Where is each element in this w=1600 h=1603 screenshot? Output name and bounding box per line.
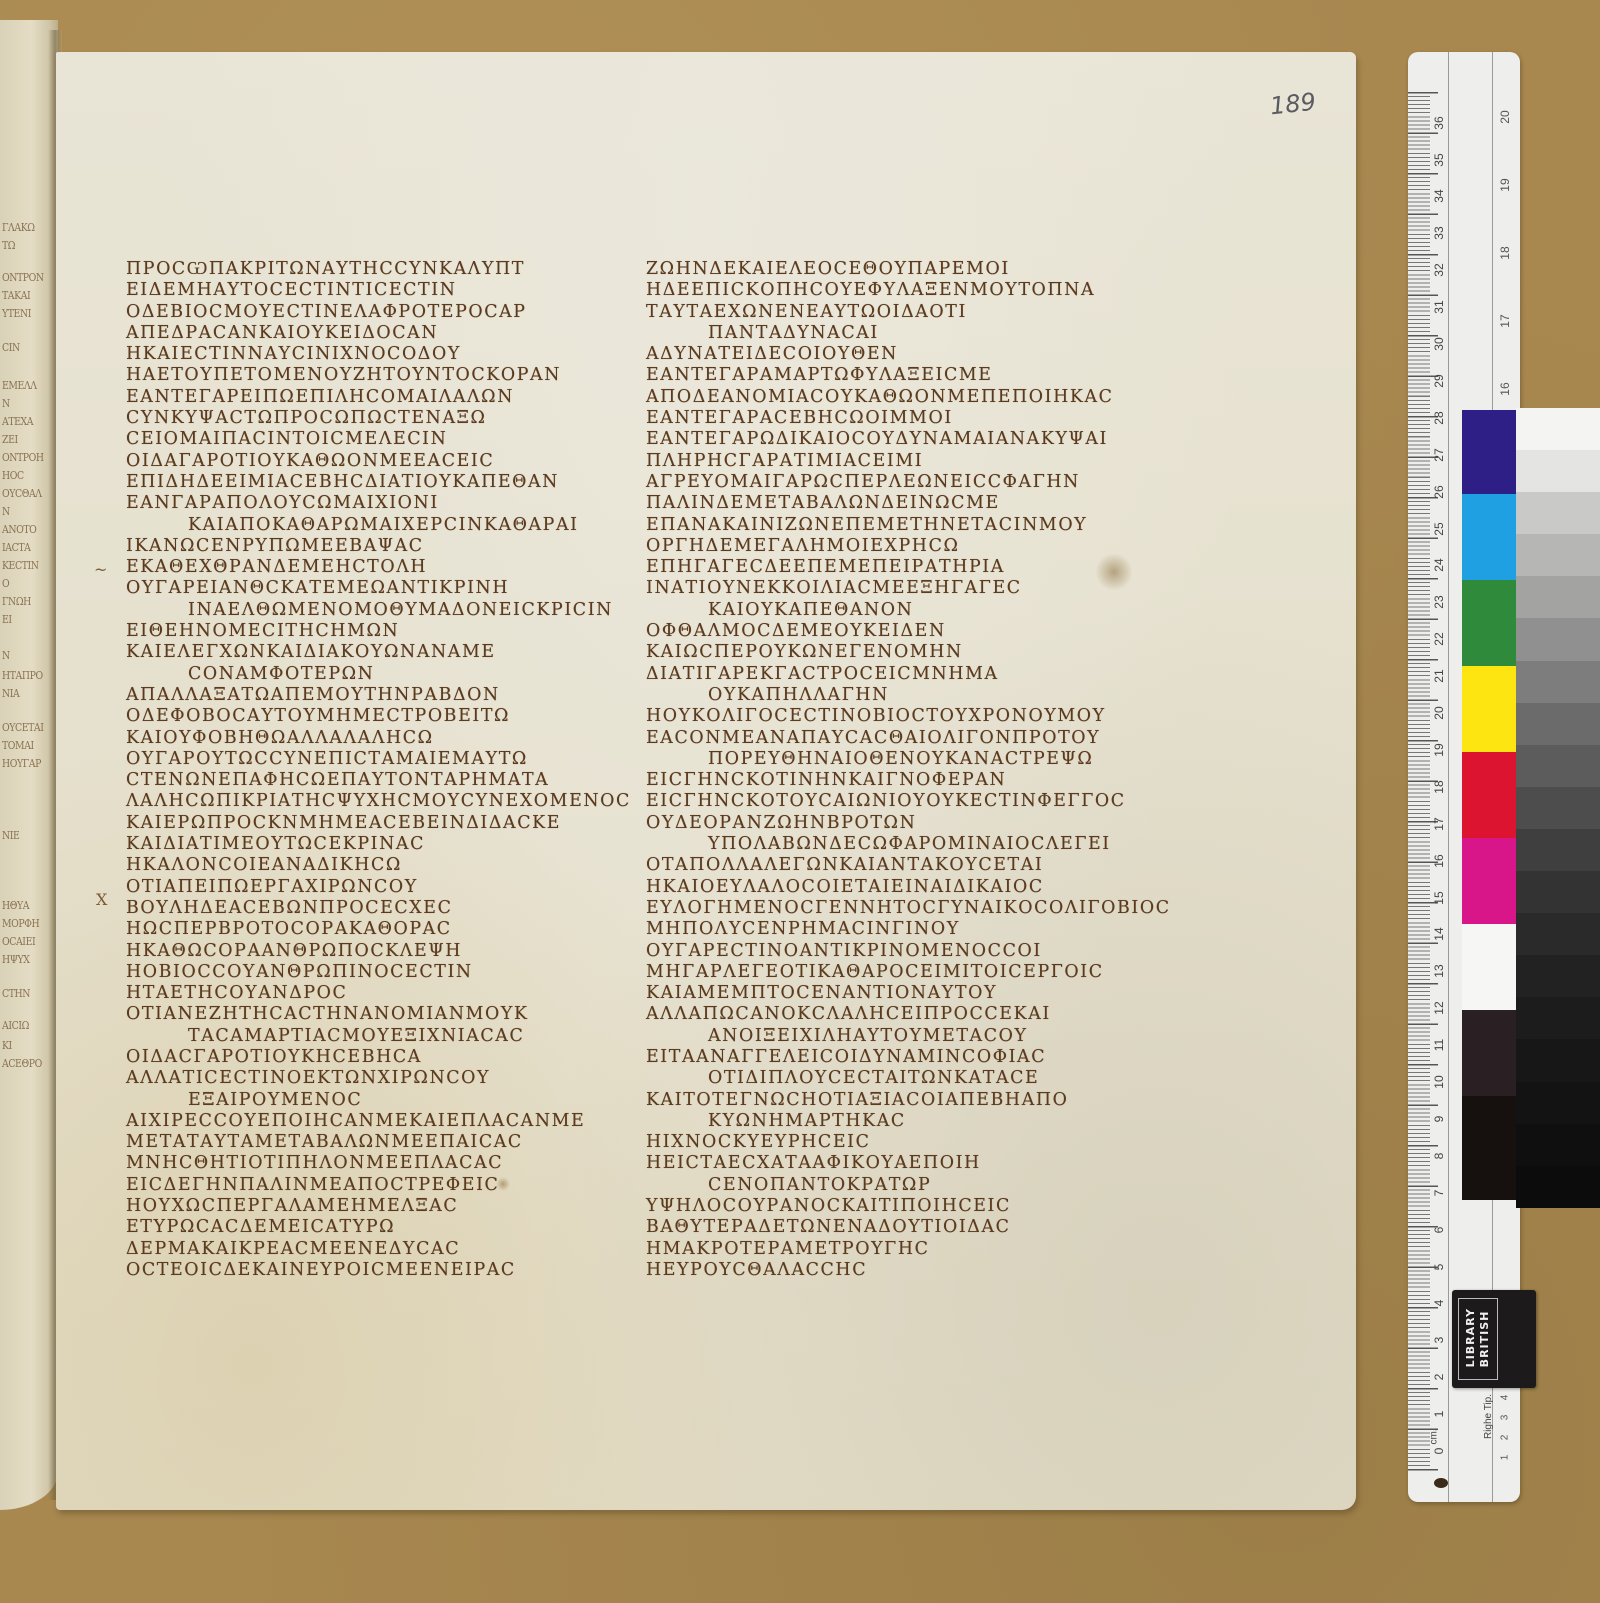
ruler-cm-label: 30 — [1432, 333, 1446, 355]
text-line: ΗΟΥΚΟΛΙΓΟϹΕϹΤΙΝΟΒΙΟϹΤΟΥΧΡΟΝΟΥΜΟΥ — [646, 706, 1166, 727]
ruler-cm-label: 2 — [1432, 1366, 1446, 1388]
text-line: ΟΙΔΑΓΑΡΟΤΙΟΥΚΑΘΩΟΝΜΕΕΑϹΕΙϹ — [126, 451, 646, 472]
text-line: ΚΑΙΤΟΤΕΓΝΩϹΗΟΤΙΑΞΙΑϹΟΙΑΠΕΒΗΑΠΟ — [646, 1090, 1166, 1111]
facing-page-text-fragment: ΥΤΕΝΙ — [2, 308, 31, 320]
text-line: ΟΤΙΔΙΠΛΟΥϹΕϹΤΑΙΤΩΝΚΑΤΑϹΕ — [646, 1068, 1166, 1089]
text-line: ΔΙΑΤΙΓΑΡΕΚΓΑϹΤΡΟϹΕΙϹΜΝΗΜΑ — [646, 664, 1166, 685]
ruler-cm-label: 7 — [1432, 1182, 1446, 1204]
text-line: ΠΡΟϹѠΠΑΚΡΙΤΩΝΑΥΤΗϹϹΥΝΚΑΛΥΠΤ — [126, 259, 646, 280]
facing-page-text-fragment: ΝΙΕ — [2, 830, 19, 842]
text-line: ΥΨΗΛΟϹΟΥΡΑΝΟϹΚΑΙΤΙΠΟΙΗϹΕΙϹ — [646, 1196, 1166, 1217]
ruler-cm-label: 26 — [1432, 481, 1446, 503]
text-line: ΔΕΡΜΑΚΑΙΚΡΕΑϹΜΕΕΝΕΔΥϹΑϹ — [126, 1239, 646, 1260]
text-column-left: ΠΡΟϹѠΠΑΚΡΙΤΩΝΑΥΤΗϹϹΥΝΚΑΛΥΠΤΕΙΔΕΜΗΑΥΤΟϹΕϹ… — [126, 259, 646, 1281]
ruler-cm-label: 8 — [1432, 1145, 1446, 1167]
ruler-cm-label: 20 — [1432, 702, 1446, 724]
text-line: ϹΕΝΟΠΑΝΤΟΚΡΑΤΩΡ — [646, 1175, 1166, 1196]
ruler-cm-label: 16 — [1432, 850, 1446, 872]
facing-page-text-fragment: ΟϹΑΙΕΙ — [2, 936, 35, 948]
facing-page-text-fragment: ΓΛΑΚΩ — [2, 222, 35, 234]
british-library-tag: LIBRARY BRITISH — [1452, 1290, 1536, 1388]
ruler-secondary-scale-label: Righe Tip. — [1483, 1394, 1494, 1439]
ruler-cm-label: 0 — [1432, 1440, 1446, 1462]
text-line: ΟΥΓΑΡΕϹΤΙΝΟΑΝΤΙΚΡΙΝΟΜΕΝΟϹϹΟΙ — [646, 941, 1166, 962]
ink-dot — [496, 1177, 510, 1191]
ruler-cm-label: 27 — [1432, 444, 1446, 466]
swatch-green — [1462, 580, 1516, 666]
text-line: ΕΙϹΓΗΝϹΚΟΤΙΝΗΝΚΑΙΓΝΟΦΕΡΑΝ — [646, 770, 1166, 791]
facing-page-text-fragment: ΝΙΑ — [2, 688, 19, 700]
ink-stain — [1096, 552, 1132, 592]
grayscale-step — [1516, 1166, 1600, 1208]
text-line: ϹΥΝΚΥΨΑϹΤΩΠΡΟϹΩΠΩϹΤΕΝΑΞΩ — [126, 408, 646, 429]
ruler-cm-label: 3 — [1432, 1329, 1446, 1351]
marginal-mark-chi: Χ — [96, 890, 107, 909]
facing-page-text-fragment: ΑΝΟΤΟ — [2, 524, 36, 536]
text-line: ΛΑΛΗϹΩΠΙΚΡΙΑΤΗϹΨΥΧΗϹΜΟΥϹΥΝΕΧΟΜΕΝΟϹ — [126, 791, 646, 812]
ruler-secondary-label: 20 — [1498, 106, 1512, 128]
facing-page-text-fragment: ΕΙ — [2, 614, 12, 626]
ruler-cm-label: 31 — [1432, 296, 1446, 318]
text-line: ϹΟΝΑΜΦΟΤΕΡΩΝ — [126, 664, 646, 685]
text-line: ΙΝΑΕΛΘΩΜΕΝΟΜΟΘΥΜΑΔΟΝΕΙϹΚΡΙϹΙΝ — [126, 600, 646, 621]
ruler-cm-label: 13 — [1432, 960, 1446, 982]
text-line: ΕΙΘΕΗΝΟΜΕϹΙΤΗϹΗΜΩΝ — [126, 621, 646, 642]
text-line: ΑΔΥΝΑΤΕΙΔΕϹΟΙΟΥΘΕΝ — [646, 344, 1166, 365]
facing-page-text-fragment: ΗΘΥΑ — [2, 900, 29, 912]
text-line: ΕΤΥΡΩϹΑϹΔΕΜΕΙϹΑΤΥΡΩ — [126, 1217, 646, 1238]
text-line: ΗΩϹΠΕΡΒΡΟΤΟϹΟΡΑΚΑΘΟΡΑϹ — [126, 919, 646, 940]
text-line: ΙΝΑΤΙΟΥΝΕΚΚΟΙΛΙΑϹΜΕΕΞΗΓΑΓΕϹ — [646, 578, 1166, 599]
text-line: ΗΚΑΙΟΕΥΛΑΛΟϹΟΙΕΤΑΙΕΙΝΑΙΔΙΚΑΙΟϹ — [646, 877, 1166, 898]
ruler-cm-label: 1 — [1432, 1403, 1446, 1425]
text-line: ΗΕΙϹΤΑΕϹΧΑΤΑΑΦΙΚΟΥΑΕΠΟΙΗ — [646, 1153, 1166, 1174]
text-line: ΑΓΡΕΥΟΜΑΙΓΑΡΩϹΠΕΡΛΕΩΝΕΙϹϹΦΑΓΗΝ — [646, 472, 1166, 493]
grayscale-step — [1516, 829, 1600, 871]
text-line: ΙΚΑΝΩϹΕΝΡΥΠΩΜΕΕΒΑΨΑϹ — [126, 536, 646, 557]
grayscale-step — [1516, 913, 1600, 955]
facing-page-text-fragment: ΟΝΤΡΟΗ — [2, 452, 44, 464]
text-line: ΟΔΕΒΙΟϹΜΟΥΕϹΤΙΝΕΛΑΦΡΟΤΕΡΟϹΑΡ — [126, 302, 646, 323]
grayscale-step — [1516, 450, 1600, 492]
text-line: ΑΛΛΑΤΙϹΕϹΤΙΝΟΕΚΤΩΝΧΙΡΩΝϹΟΥ — [126, 1068, 646, 1089]
swatch-dark-brown — [1462, 1010, 1516, 1096]
text-line: ΕΙΤΑΑΝΑΓΓΕΛΕΙϹΟΙΔΥΝΑΜΙΝϹΟΦΙΑϹ — [646, 1047, 1166, 1068]
grayscale-step — [1516, 408, 1600, 450]
ruler-secondary-label: 19 — [1498, 174, 1512, 196]
facing-page-text-fragment: ΟΥϹΘΑΛ — [2, 488, 42, 500]
text-line: ΚΥΩΝΗΜΑΡΤΗΚΑϹ — [646, 1111, 1166, 1132]
text-line: ΟΥΚΑΠΗΛΛΑΓΗΝ — [646, 685, 1166, 706]
text-line: ΠΟΡΕΥΘΗΝΑΙΟΘΕΝΟΥΚΑΝΑϹΤΡΕΨΩ — [646, 749, 1166, 770]
facing-page-text-fragment: ϹΙΝ — [2, 342, 20, 354]
ruler-cm-label: 5 — [1432, 1256, 1446, 1278]
ruler-cm-label: 12 — [1432, 997, 1446, 1019]
ruler-divider — [1448, 52, 1449, 1502]
swatch-red — [1462, 752, 1516, 838]
text-line: ΗΟΥΧΩϹΠΕΡΓΑΛΑΜΕΗΜΕΛΞΑϹ — [126, 1196, 646, 1217]
grayscale-step — [1516, 534, 1600, 576]
ruler-secondary-label: 3 — [1500, 1407, 1511, 1429]
text-line: ΕΙϹΓΗΝϹΚΟΤΟΥϹΑΙΩΝΙΟΥΟΥΚΕϹΤΙΝΦΕΓΓΟϹ — [646, 791, 1166, 812]
text-line: ΕΠΙΔΗΔΕΕΙΜΙΑϹΕΒΗϹΔΙΑΤΙΟΥΚΑΠΕΘΑΝ — [126, 472, 646, 493]
ruler-cm-label: 4 — [1432, 1292, 1446, 1314]
ruler-secondary-label: 18 — [1498, 242, 1512, 264]
text-line: ΟΤΙΑΝΕΖΗΤΗϹΑϹΤΗΝΑΝΟΜΙΑΝΜΟΥΚ — [126, 1004, 646, 1025]
text-line: ΜΗΠΟΛΥϹΕΝΡΗΜΑϹΙΝΓΙΝΟΥ — [646, 919, 1166, 940]
text-line: ΜΝΗϹΘΗΤΙΟΤΙΠΗΛΟΝΜΕΕΠΛΑϹΑϹ — [126, 1153, 646, 1174]
facing-page-text-fragment: ΕΜΕΛΛ — [2, 380, 37, 392]
grayscale-step — [1516, 745, 1600, 787]
ruler-cm-label: 6 — [1432, 1219, 1446, 1241]
text-line: ΚΑΙΟΥΚΑΠΕΘΑΝΟΝ — [646, 600, 1166, 621]
text-line: ΗΑΕΤΟΥΠΕΤΟΜΕΝΟΥΖΗΤΟΥΝΤΟϹΚΟΡΑΝ — [126, 365, 646, 386]
facing-page-text-fragment: Ν — [2, 506, 10, 518]
text-line: ΠΑΛΙΝΔΕΜΕΤΑΒΑΛΩΝΔΕΙΝΩϹΜΕ — [646, 493, 1166, 514]
color-swatch-strip — [1462, 410, 1516, 1200]
text-line: ΟΤΑΠΟΛΛΑΛΕΓΩΝΚΑΙΑΝΤΑΚΟΥϹΕΤΑΙ — [646, 855, 1166, 876]
text-line: ΕΥΛΟΓΗΜΕΝΟϹΓΕΝΝΗΤΟϹΓΥΝΑΙΚΟϹΟΛΙΓΟΒΙΟϹ — [646, 898, 1166, 919]
facing-page-text-fragment: ΗΟϹ — [2, 470, 24, 482]
text-line: ΚΑΙΑΜΕΜΠΤΟϹΕΝΑΝΤΙΟΝΑΥΤΟΥ — [646, 983, 1166, 1004]
ruler-cm-label: 29 — [1432, 370, 1446, 392]
text-line: ΕΙΔΕΜΗΑΥΤΟϹΕϹΤΙΝΤΙϹΕϹΤΙΝ — [126, 280, 646, 301]
text-line: ΚΑΙΑΠΟΚΑΘΑΡΩΜΑΙΧΕΡϹΙΝΚΑΘΑΡΑΙ — [126, 515, 646, 536]
text-line: ΟΔΕΦΟΒΟϹΑΥΤΟΥΜΗΜΕϹΤΡΟΒΕΙΤΩ — [126, 706, 646, 727]
facing-page-text-fragment: ΖΕΙ — [2, 434, 18, 446]
facing-page-text-fragment: ΗΤΑΠΡΟ — [2, 670, 43, 682]
grayscale-step — [1516, 618, 1600, 660]
ruler-cm-label: 28 — [1432, 407, 1446, 429]
ruler-cm-label: 11 — [1432, 1034, 1446, 1056]
ruler-cm-label: 23 — [1432, 591, 1446, 613]
text-line: ΚΑΙΕΛΕΓΧΩΝΚΑΙΔΙΑΚΟΥΩΝΑΝΑΜΕ — [126, 642, 646, 663]
grayscale-step — [1516, 1124, 1600, 1166]
text-line: ΑΝΟΙΞΕΙΧΙΛΗΑΥΤΟΥΜΕΤΑϹΟΥ — [646, 1026, 1166, 1047]
grayscale-step — [1516, 703, 1600, 745]
ruler-cm-label: 14 — [1432, 923, 1446, 945]
text-line: ΟΤΙΑΠΕΙΠΩΕΡΓΑΧΙΡΩΝϹΟΥ — [126, 877, 646, 898]
tag-word-library: LIBRARY — [1464, 1308, 1477, 1367]
color-calibration-chart — [1462, 410, 1600, 1200]
facing-page-text-fragment: ΤΟΜΑΙ — [2, 740, 34, 752]
ruler-secondary-label: 16 — [1498, 378, 1512, 400]
text-line: ΚΑΙΟΥΦΟΒΗΘΩΑΛΛΑΛΑΛΗϹΩ — [126, 728, 646, 749]
text-line: ΕΞΑΙΡΟΥΜΕΝΟϹ — [126, 1090, 646, 1111]
text-line: ΗΚΑΘΩϹΟΡΑΑΝΘΡΩΠΟϹΚΛΕΨΗ — [126, 941, 646, 962]
ruler-cm-label: 15 — [1432, 887, 1446, 909]
text-line: ΜΕΤΑΤΑΥΤΑΜΕΤΑΒΑΛΩΝΜΕΕΠΑΙϹΑϹ — [126, 1132, 646, 1153]
text-line: ΕΑΝΤΕΓΑΡΑΜΑΡΤΩΦΥΛΑΞΕΙϹΜΕ — [646, 365, 1166, 386]
swatch-blue-violet — [1462, 410, 1516, 494]
ruler-cm-label: 22 — [1432, 628, 1446, 650]
ruler-secondary-label: 4 — [1500, 1387, 1511, 1409]
facing-page-text-fragment: ΚΕϹΤΙΝ — [2, 560, 39, 572]
text-line: ΕΠΗΓΑΓΕϹΔΕΕΠΕΜΕΠΕΙΡΑΤΗΡΙΑ — [646, 557, 1166, 578]
text-line: ϹΤΕΝΩΝΕΠΑΦΗϹΩΕΠΑΥΤΟΝΤΑΡΗΜΑΤΑ — [126, 770, 646, 791]
text-line: ΚΑΙΔΙΑΤΙΜΕΟΥΤΩϹΕΚΡΙΝΑϹ — [126, 834, 646, 855]
text-line: ΖΩΗΝΔΕΚΑΙΕΛΕΟϹΕΘΟΥΠΑΡΕΜΟΙ — [646, 259, 1166, 280]
swatch-cyan — [1462, 494, 1516, 580]
swatch-black — [1462, 1096, 1516, 1200]
text-line: ΗΟΒΙΟϹϹΟΥΑΝΘΡΩΠΙΝΟϹΕϹΤΙΝ — [126, 962, 646, 983]
facing-page-text-fragment: Ν — [2, 650, 10, 662]
facing-page-text-fragment: ΚΙ — [2, 1040, 12, 1052]
facing-page-text-fragment: ΑΙϹΙΩ — [2, 1020, 29, 1032]
ruler-cm-label: 34 — [1432, 185, 1446, 207]
facing-page-text-fragment: ΜΟΡΦΗ — [2, 918, 39, 930]
facing-page-text-fragment: ΓΝΩΗ — [2, 596, 31, 608]
grayscale-step — [1516, 661, 1600, 703]
text-line: ΕΑΝΓΑΡΑΠΟΛΟΥϹΩΜΑΙΧΙΟΝΙ — [126, 493, 646, 514]
text-line: ΜΗΓΑΡΛΕΓΕΟΤΙΚΑΘΑΡΟϹΕΙΜΙΤΟΙϹΕΡΓΟΙϹ — [646, 962, 1166, 983]
swatch-white — [1462, 924, 1516, 1010]
text-line: ΟΥΓΑΡΕΙΑΝΘϹΚΑΤΕΜΕΩΑΝΤΙΚΡΙΝΗ — [126, 578, 646, 599]
ruler-cm-label: 24 — [1432, 554, 1446, 576]
text-line: ΠΛΗΡΗϹΓΑΡΑΤΙΜΙΑϹΕΙΜΙ — [646, 451, 1166, 472]
text-line: ΗΔΕΕΠΙϹΚΟΠΗϹΟΥΕΦΥΛΑΞΕΝΜΟΥΤΟΠΝΑ — [646, 280, 1166, 301]
grayscale-step — [1516, 1039, 1600, 1081]
grayscale-strip — [1516, 408, 1600, 1208]
text-line: ΚΑΙΩϹΠΕΡΟΥΚΩΝΕΓΕΝΟΜΗΝ — [646, 642, 1166, 663]
facing-page-text-fragment: ΑΤΕΧΑ — [2, 416, 33, 428]
text-line: ΠΑΝΤΑΔΥΝΑϹΑΙ — [646, 323, 1166, 344]
ruler-cm-label: 18 — [1432, 776, 1446, 798]
text-line: ΟΥΓΑΡΟΥΤΩϹϹΥΝΕΠΙϹΤΑΜΑΙΕΜΑΥΤΩ — [126, 749, 646, 770]
ruler-secondary-label: 1 — [1500, 1447, 1511, 1469]
text-line: ΗΜΑΚΡΟΤΕΡΑΜΕΤΡΟΥΓΗϹ — [646, 1239, 1166, 1260]
grayscale-step — [1516, 997, 1600, 1039]
text-line: ΟΥΔΕΟΡΑΝΖΩΗΝΒΡΟΤΩΝ — [646, 813, 1166, 834]
manuscript-leaf: 189 ΠΡΟϹѠΠΑΚΡΙΤΩΝΑΥΤΗϹϹΥΝΚΑΛΥΠΤΕΙΔΕΜΗΑΥΤ… — [56, 52, 1356, 1510]
facing-page-text-fragment: Ν — [2, 398, 10, 410]
text-line: ΕΑΝΤΕΓΑΡΕΙΠΩΕΠΙΛΗϹΟΜΑΙΛΑΛΩΝ — [126, 387, 646, 408]
text-column-right: ΖΩΗΝΔΕΚΑΙΕΛΕΟϹΕΘΟΥΠΑΡΕΜΟΙΗΔΕΕΠΙϹΚΟΠΗϹΟΥΕ… — [646, 259, 1166, 1281]
facing-page-text-fragment: ΤΑΚΑΙ — [2, 290, 30, 302]
text-line: ΑΠΑΛΛΑΞΑΤΩΑΠΕΜΟΥΤΗΝΡΑΒΔΟΝ — [126, 685, 646, 706]
ruler-cm-label: 33 — [1432, 222, 1446, 244]
text-line: ΗΙΧΝΟϹΚΥΕΥΡΗϹΕΙϹ — [646, 1132, 1166, 1153]
text-line: ΟΡΓΗΔΕΜΕΓΑΛΗΜΟΙΕΧΡΗϹΩ — [646, 536, 1166, 557]
text-line: ΕΑϹΟΝΜΕΑΝΑΠΑΥϹΑϹΘΑΙΟΛΙΓΟΝΠΡΟΤΟΥ — [646, 728, 1166, 749]
ruler-cm-label: 35 — [1432, 149, 1446, 171]
text-line: ΟΙΔΑϹΓΑΡΟΤΙΟΥΚΗϹΕΒΗϹΑ — [126, 1047, 646, 1068]
text-line: ΕΠΑΝΑΚΑΙΝΙΖΩΝΕΠΕΜΕΤΗΝΕΤΑϹΙΝΜΟΥ — [646, 515, 1166, 536]
ruler-cm-label: 19 — [1432, 739, 1446, 761]
grayscale-step — [1516, 871, 1600, 913]
text-line: ΒΑΘΥΤΕΡΑΔΕΤΩΝΕΝΑΔΟΥΤΙΟΙΔΑϹ — [646, 1217, 1166, 1238]
facing-page-text-fragment: ΟΥϹΕΤΑΙ — [2, 722, 44, 734]
facing-page-text-fragment: ΗΟΥΓΑΡ — [2, 758, 41, 770]
facing-page-text-fragment: ΑϹΕΘΡΟ — [2, 1058, 42, 1070]
text-line: ΗΚΑΙΕϹΤΙΝΝΑΥϹΙΝΙΧΝΟϹΟΔΟΥ — [126, 344, 646, 365]
marginal-mark-tilde: ~ — [94, 560, 107, 579]
text-line: ΒΟΥΛΗΔΕΑϹΕΒΩΝΠΡΟϹΕϹΧΕϹ — [126, 898, 646, 919]
text-line: ΟϹΤΕΟΙϹΔΕΚΑΙΝΕΥΡΟΙϹΜΕΕΝΕΙΡΑϹ — [126, 1260, 646, 1281]
facing-page-text-fragment: ΟΝΤΡΟΝ — [2, 272, 44, 284]
tag-word-british: BRITISH — [1478, 1308, 1491, 1367]
text-line: ΤΑΥΤΑΕΧΩΝΕΝΕΑΥΤΩΟΙΔΑΟΤΙ — [646, 302, 1166, 323]
ruler-cm-label: 9 — [1432, 1108, 1446, 1130]
swatch-magenta — [1462, 838, 1516, 924]
facing-page-text-fragment: ϹΤΗΝ — [2, 988, 30, 1000]
text-line: ΑΠΟΔΕΑΝΟΜΙΑϹΟΥΚΑΘΩΟΝΜΕΠΕΠΟΙΗΚΑϹ — [646, 387, 1166, 408]
facing-page-text-fragment: ΤΩ — [2, 240, 15, 252]
text-line: ΟΦΘΑΛΜΟϹΔΕΜΕΟΥΚΕΙΔΕΝ — [646, 621, 1166, 642]
swatch-yellow — [1462, 666, 1516, 752]
text-line: ΕΑΝΤΕΓΑΡΩΔΙΚΑΙΟϹΟΥΔΥΝΑΜΑΙΑΝΑΚΥΨΑΙ — [646, 429, 1166, 450]
ruler-hanging-hole — [1434, 1478, 1448, 1488]
grayscale-step — [1516, 1082, 1600, 1124]
text-line: ΑΙΧΙΡΕϹϹΟΥΕΠΟΙΗϹΑΝΜΕΚΑΙΕΠΛΑϹΑΝΜΕ — [126, 1111, 646, 1132]
text-line: ΕΚΑΘΕΧΘΡΑΝΔΕΜΕΗϹΤΟΛΗ — [126, 557, 646, 578]
facing-page-text-fragment: ΗΨΥΧ — [2, 954, 29, 966]
text-line: ϹΕΙΟΜΑΙΠΑϹΙΝΤΟΙϹΜΕΛΕϹΙΝ — [126, 429, 646, 450]
folio-number: 189 — [1269, 88, 1317, 121]
text-line: ΗΕΥΡΟΥϹΘΑΛΑϹϹΗϹ — [646, 1260, 1166, 1281]
ruler-cm-label: 10 — [1432, 1071, 1446, 1093]
text-line: ΥΠΟΛΑΒΩΝΔΕϹΩΦΑΡΟΜΙΝΑΙΟϹΛΕΓΕΙ — [646, 834, 1166, 855]
facing-page-text-fragment: Ο — [2, 578, 9, 590]
ruler-secondary-label: 17 — [1498, 310, 1512, 332]
ruler-cm-label: 21 — [1432, 665, 1446, 687]
text-line: ΕΙϹΔΕΓΗΝΠΑΛΙΝΜΕΑΠΟϹΤΡΕΦΕΙϹ — [126, 1175, 646, 1196]
ruler-secondary-label: 2 — [1500, 1427, 1511, 1449]
text-line: ΚΑΙΕΡΩΠΡΟϹΚΝΜΗΜΕΑϹΕΒΕΙΝΔΙΔΑϹΚΕ — [126, 813, 646, 834]
grayscale-step — [1516, 576, 1600, 618]
ruler-cm-label: 32 — [1432, 259, 1446, 281]
facing-page-text-fragment: ΙΑϹΤΑ — [2, 542, 30, 554]
ruler-cm-label: 25 — [1432, 518, 1446, 540]
text-line: ΑΛΛΑΠΩϹΑΝΟΚϹΛΑΛΗϹΕΙΠΡΟϹϹΕΚΑΙ — [646, 1004, 1166, 1025]
text-line: ΗΤΑΕΤΗϹΟΥΑΝΔΡΟϹ — [126, 983, 646, 1004]
grayscale-step — [1516, 955, 1600, 997]
grayscale-step — [1516, 492, 1600, 534]
ruler-cm-label: 17 — [1432, 813, 1446, 835]
text-line: ΕΑΝΤΕΓΑΡΑϹΕΒΗϹΩΟΙΜΜΟΙ — [646, 408, 1166, 429]
text-line: ΑΠΕΔΡΑϹΑΝΚΑΙΟΥΚΕΙΔΟϹΑΝ — [126, 323, 646, 344]
ruler-cm-label: 36 — [1432, 112, 1446, 134]
grayscale-step — [1516, 787, 1600, 829]
text-line: ΤΑϹΑΜΑΡΤΙΑϹΜΟΥΕΞΙΧΝΙΑϹΑϹ — [126, 1026, 646, 1047]
text-line: ΗΚΑΛΟΝϹΟΙΕΑΝΑΔΙΚΗϹΩ — [126, 855, 646, 876]
